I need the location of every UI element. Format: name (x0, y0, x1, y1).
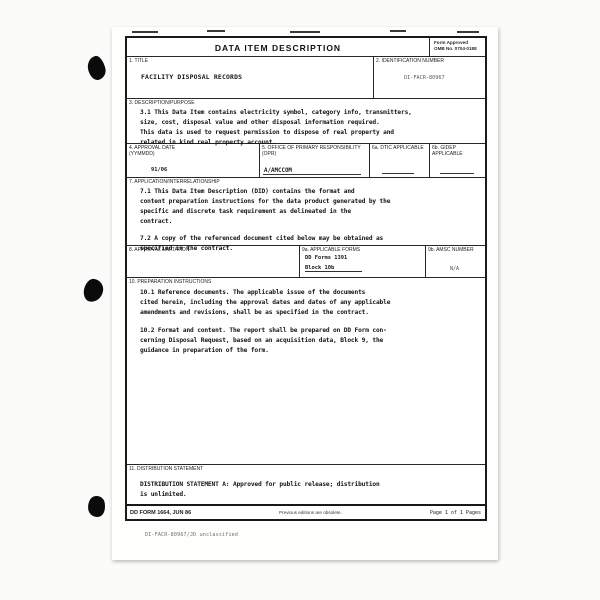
form-title: DATA ITEM DESCRIPTION (127, 38, 429, 53)
block4-label: 4. APPROVAL DATE (127, 144, 259, 151)
omb-approval-box: Form Approved OMB No. 0704-0188 (430, 38, 485, 56)
limitation-row: 8. APPROVAL LIMITATION 9a. APPLICABLE FO… (127, 246, 485, 278)
paragraph-line: cerning Disposal Request, based on an ac… (140, 336, 477, 346)
block9a-value2: Block 10b (305, 265, 362, 272)
block1-title-cell: 1. TITLE FACILITY DISPOSAL RECORDS (127, 57, 374, 98)
block11-label: 11. DISTRIBUTION STATEMENT (127, 465, 485, 472)
scan-layer: DATA ITEM DESCRIPTION Form Approved OMB … (112, 27, 498, 560)
block9a-label: 9a. APPLICABLE FORMS (300, 246, 425, 253)
approval-row: 4. APPROVAL DATE (YYMMDD) 91/06 5. OFFIC… (127, 144, 485, 178)
block9b-amsc-cell: 9b. AMSC NUMBER N/A (426, 246, 485, 277)
block10-preparation-section: 10. PREPARATION INSTRUCTIONS 10.1 Refere… (127, 278, 485, 465)
block10-label: 10. PREPARATION INSTRUCTIONS (127, 278, 485, 285)
block8-label: 8. APPROVAL LIMITATION (127, 246, 299, 253)
block1-label: 1. TITLE (127, 57, 373, 64)
block11-statement: DISTRIBUTION STATEMENT A: Approved for p… (127, 472, 485, 500)
paragraph-line: size, cost, disposal value and other dis… (140, 118, 477, 128)
margin-note: DI-FACR-80967/JD unclassified (145, 532, 238, 538)
block3-description-section: 3. DESCRIPTION/PURPOSE 3.1 This Data Ite… (127, 99, 485, 144)
block5-label: 5. OFFICE OF PRIMARY RESPONSIBILITY (OPR… (260, 144, 369, 157)
fill-in-line (263, 174, 361, 175)
paragraph-line: contract. (140, 217, 477, 227)
paragraph-line: 7.2 A copy of the referenced document ci… (140, 234, 477, 244)
paragraph-line: specific and discrete task requirement a… (140, 207, 477, 217)
scan-artifact-dash (290, 31, 320, 33)
form-footer-row: DD FORM 1664, JUN 86 Previous editions a… (127, 506, 485, 519)
block9b-label: 9b. AMSC NUMBER (426, 246, 485, 253)
paragraph-line: 10.2 Format and content. The report shal… (140, 326, 477, 336)
block4-approval-date-cell: 4. APPROVAL DATE (YYMMDD) 91/06 (127, 144, 260, 177)
paragraph-line: 7.1 This Data Item Description (DID) con… (140, 187, 477, 197)
paragraph-line: guidance in preparation of the form. (140, 346, 477, 356)
block11-distribution-section: 11. DISTRIBUTION STATEMENT DISTRIBUTION … (127, 465, 485, 506)
form-header-row: DATA ITEM DESCRIPTION Form Approved OMB … (127, 38, 485, 57)
form-title-cell: DATA ITEM DESCRIPTION (127, 38, 430, 56)
block3-paragraph: 3.1 This Data Item contains electricity … (127, 106, 485, 148)
paragraph-line: content preparation instructions for the… (140, 197, 477, 207)
paragraph-line: 10.1 Reference documents. The applicable… (140, 288, 477, 298)
block6b-gidep-cell: 6b. GIDEP APPLICABLE (430, 144, 485, 177)
block4-value: 91/06 (151, 167, 167, 173)
block4-label2: (YYMMDD) (127, 151, 259, 157)
block5-opr-cell: 5. OFFICE OF PRIMARY RESPONSIBILITY (OPR… (260, 144, 370, 177)
title-row: 1. TITLE FACILITY DISPOSAL RECORDS 2. ID… (127, 57, 485, 99)
page-indicator: Page 1 of 1 Pages (430, 510, 485, 516)
scan-artifact-dash (207, 30, 225, 32)
scan-artifact-dash (132, 31, 158, 33)
block2-label: 2. IDENTIFICATION NUMBER (374, 57, 485, 64)
block7-paragraph1: 7.1 This Data Item Description (DID) con… (127, 185, 485, 227)
block6a-label: 6a. DTIC APPLICABLE (370, 144, 429, 151)
paragraph-line: This data is used to request permission … (140, 128, 477, 138)
scan-artifact-dash (457, 31, 479, 33)
block2-value: DI-FACR-80967 (404, 75, 445, 81)
fill-in-line (440, 173, 474, 174)
block8-approval-limitation-cell: 8. APPROVAL LIMITATION (127, 246, 300, 277)
block9a-value1: DD Forms 1391 (305, 255, 347, 261)
block2-id-cell: 2. IDENTIFICATION NUMBER DI-FACR-80967 (374, 57, 485, 98)
block1-value: FACILITY DISPOSAL RECORDS (141, 73, 242, 81)
paragraph-line: DISTRIBUTION STATEMENT A: Approved for p… (140, 480, 477, 490)
block10-paragraph2: 10.2 Format and content. The report shal… (127, 318, 485, 356)
previous-editions-note: Previous editions are obsolete. (191, 510, 430, 515)
block6a-dtic-cell: 6a. DTIC APPLICABLE (370, 144, 430, 177)
form-number: DD FORM 1664, JUN 86 (127, 510, 191, 516)
block10-paragraph1: 10.1 Reference documents. The applicable… (127, 285, 485, 318)
paragraph-line: is unlimited. (140, 490, 477, 500)
fill-in-line (382, 173, 414, 174)
block9b-value: N/A (450, 266, 459, 272)
block9a-applicable-forms-cell: 9a. APPLICABLE FORMS DD Forms 1391 Block… (300, 246, 426, 277)
omb-approved-label: Form Approved (430, 38, 485, 46)
hole-punch-mark (82, 278, 104, 304)
paragraph-line: cited herein, including the approval dat… (140, 298, 477, 308)
paragraph-line: amendments and revisions, shall be as sp… (140, 308, 477, 318)
dd-form-1664: DATA ITEM DESCRIPTION Form Approved OMB … (125, 36, 487, 521)
scan-artifact-dash (390, 30, 406, 32)
block6b-label: 6b. GIDEP APPLICABLE (430, 144, 485, 157)
omb-number: OMB No. 0704-0188 (430, 46, 485, 52)
document-sheet: DATA ITEM DESCRIPTION Form Approved OMB … (112, 27, 498, 560)
hole-punch-mark (87, 495, 106, 517)
paragraph-line: 3.1 This Data Item contains electricity … (140, 108, 477, 118)
block3-label: 3. DESCRIPTION/PURPOSE (127, 99, 485, 106)
hole-punch-mark (85, 54, 107, 81)
block7-application-section: 7. APPLICATION/INTERRELATIONSHIP 7.1 Thi… (127, 178, 485, 246)
block7-label: 7. APPLICATION/INTERRELATIONSHIP (127, 178, 485, 185)
